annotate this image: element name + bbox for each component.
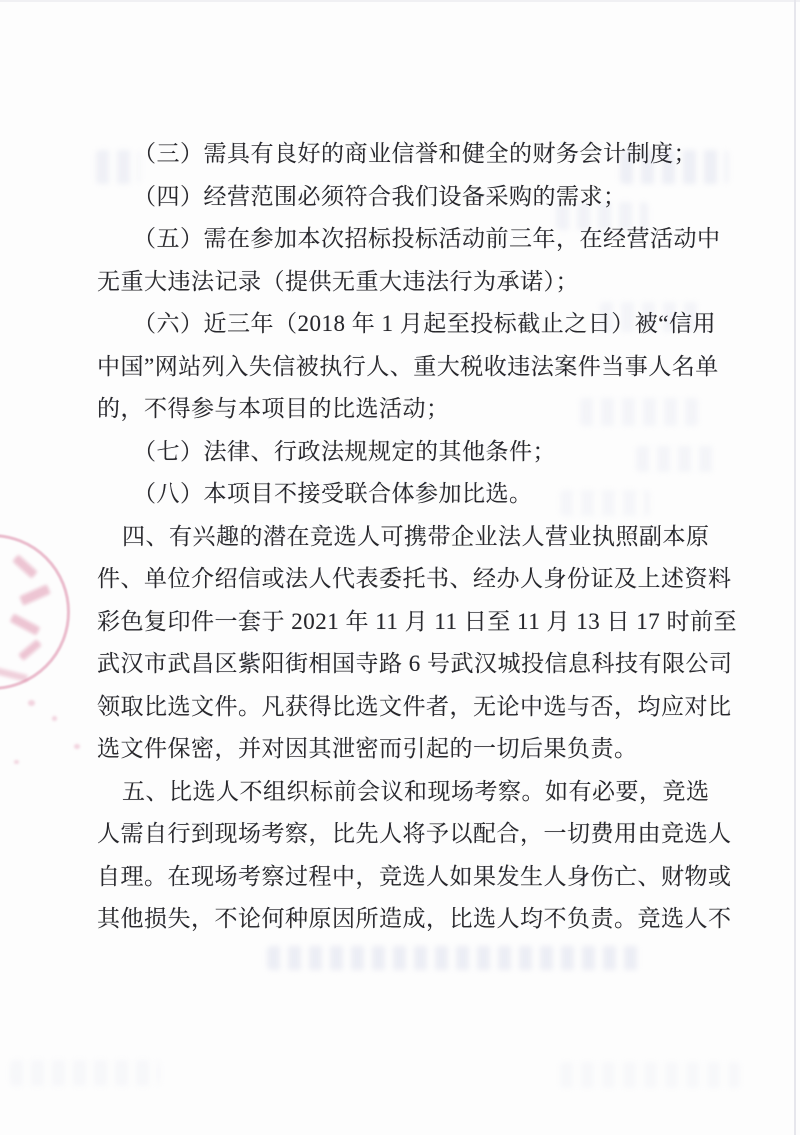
seal-rim-text-mark xyxy=(0,665,28,682)
seal-character-mark xyxy=(12,554,37,578)
text-line: 四、有兴趣的潜在竞选人可携带企业法人营业执照副本原 xyxy=(97,516,715,559)
ink-bleed-artifact xyxy=(560,1062,740,1088)
text-line: 自理。在现场考察过程中，竞选人如果发生人身伤亡、财物或 xyxy=(97,856,715,899)
text-line: 其他损失，不论何种原因所造成，比选人均不负责。竞选人不 xyxy=(97,898,715,941)
text-line: （三）需具有良好的商业信誉和健全的财务会计制度； xyxy=(97,133,715,176)
text-line: 无重大违法记录（提供无重大违法行为承诺）； xyxy=(97,261,715,304)
text-line: 件、单位介绍信或法人代表委托书、经办人身份证及上述资料 xyxy=(97,558,715,601)
text-line: 人需自行到现场考察，比先人将予以配合，一切费用由竞选人 xyxy=(97,813,715,856)
scan-top-edge xyxy=(0,0,800,2)
red-seal-stamp xyxy=(0,534,70,690)
ink-bleed-artifact xyxy=(267,946,639,970)
text-line: 中国”网站列入失信被执行人、重大税收违法案件当事人名单 xyxy=(97,346,715,389)
document-page: （三）需具有良好的商业信誉和健全的财务会计制度； （四）经营范围必须符合我们设备… xyxy=(0,0,800,1135)
text-line: 领取比选文件。凡获得比选文件者，无论中选与否，均应对比 xyxy=(97,686,715,729)
text-line: 武汉市武昌区紫阳街相国寺路 6 号武汉城投信息科技有限公司 xyxy=(97,643,715,686)
scan-right-edge xyxy=(794,0,796,1135)
seal-ink-speck xyxy=(52,716,57,721)
seal-character-mark xyxy=(19,584,50,605)
document-text-block: （三）需具有良好的商业信誉和健全的财务会计制度； （四）经营范围必须符合我们设备… xyxy=(97,133,715,941)
text-line: （七）法律、行政法规规定的其他条件； xyxy=(97,431,715,474)
seal-character-mark xyxy=(18,639,42,661)
seal-ring-icon xyxy=(0,534,70,690)
text-line: （四）经营范围必须符合我们设备采购的需求； xyxy=(97,176,715,219)
ink-bleed-artifact xyxy=(10,1060,160,1086)
seal-character-mark xyxy=(10,613,41,635)
text-line: 的，不得参与本项目的比选活动； xyxy=(97,388,715,431)
seal-ink-speck xyxy=(74,744,80,749)
seal-ink-speck xyxy=(28,700,35,706)
text-line: （五）需在参加本次招标投标活动前三年，在经营活动中 xyxy=(97,218,715,261)
text-line: 彩色复印件一套于 2021 年 11 月 11 日至 11 月 13 日 17 … xyxy=(97,601,715,644)
seal-ink-speck xyxy=(14,760,19,764)
text-line: （八）本项目不接受联合体参加比选。 xyxy=(97,473,715,516)
text-line: （六）近三年（2018 年 1 月起至投标截止之日）被“信用 xyxy=(97,303,715,346)
text-line: 五、比选人不组织标前会议和现场考察。如有必要，竞选 xyxy=(97,771,715,814)
text-line: 选文件保密，并对因其泄密而引起的一切后果负责。 xyxy=(97,728,715,771)
